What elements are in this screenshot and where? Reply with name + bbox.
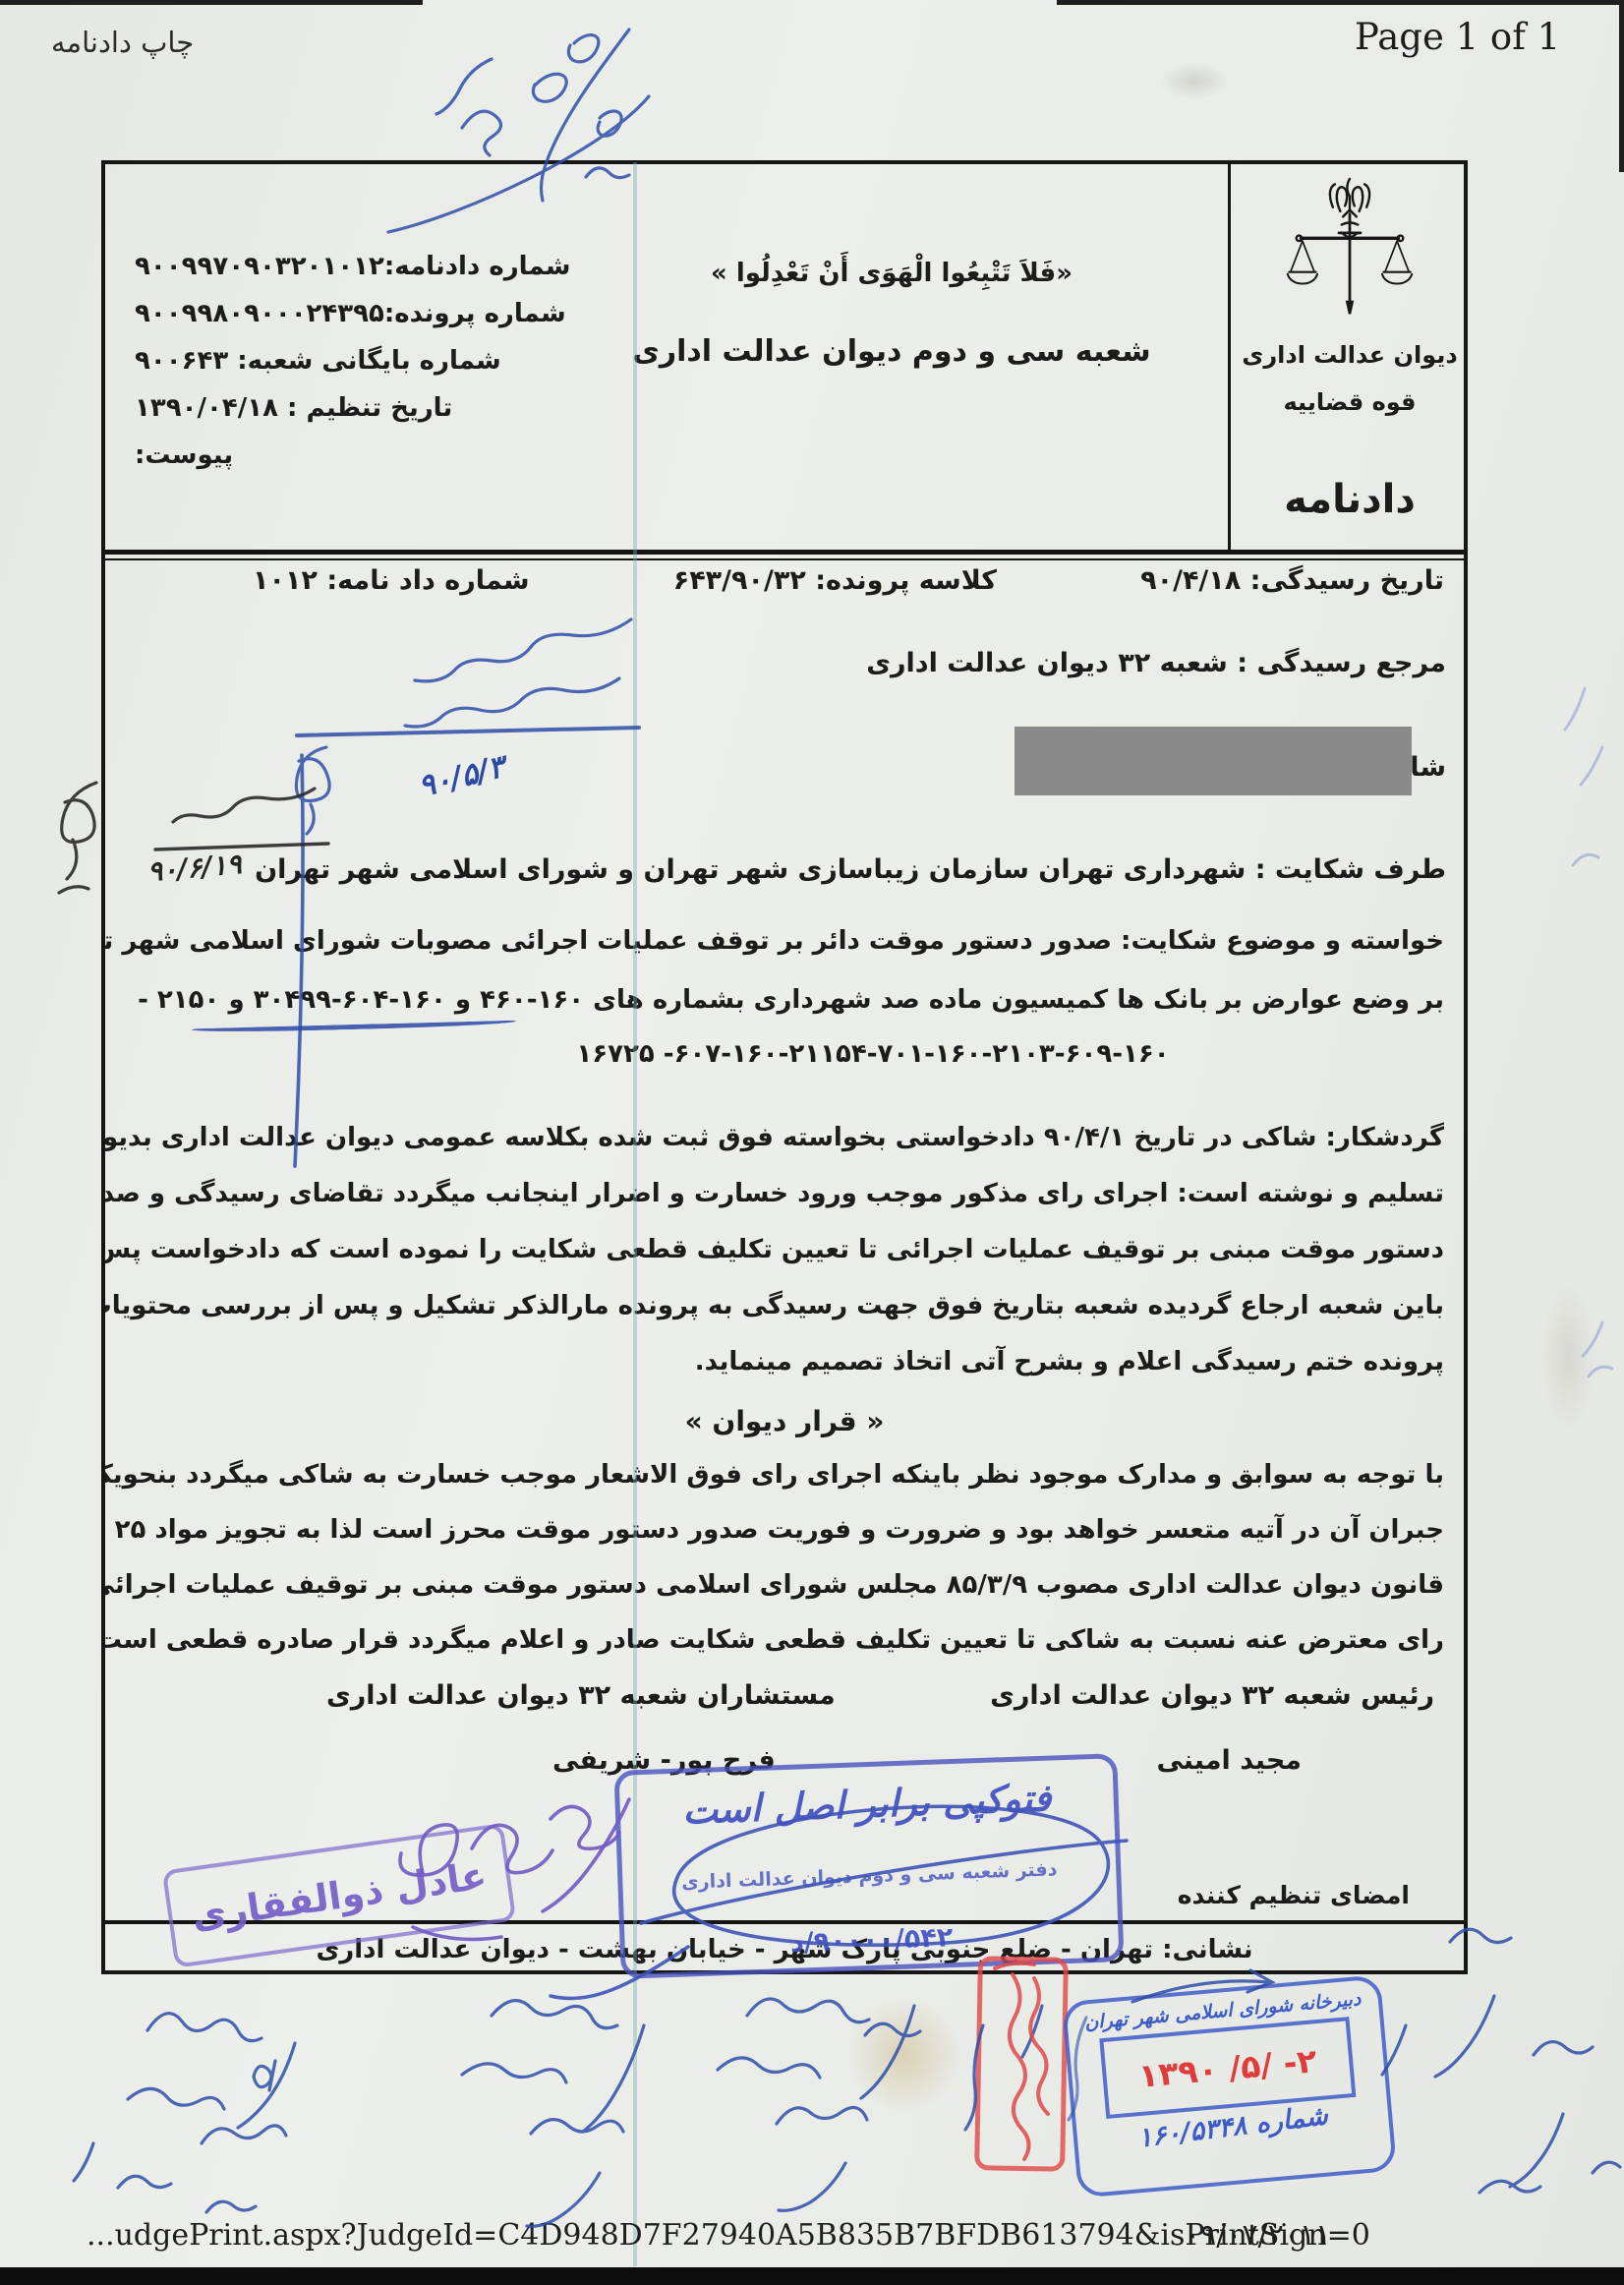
- header-reference-fields: شماره دادنامه:۹۰۰۹۹۷۰۹۰۳۲۰۱۰۱۲ شماره پرو…: [135, 243, 634, 479]
- field-value: ۹۰۰۹۹۷۰۹۰۳۲۰۱۰۱۲: [135, 252, 384, 281]
- field-judgment-number: شماره دادنامه:۹۰۰۹۹۷۰۹۰۳۲۰۱۰۱۲: [135, 243, 634, 290]
- page-indicator: Page 1 of 1: [1355, 16, 1560, 58]
- url-date: ۰۹/۰۷/۲۰۱۱: [1185, 2218, 1331, 2253]
- council-secretariat-stamp: دبیرخانه شورای اسلامی شهر تهران ۱۳۹۰ /۵/…: [1062, 1974, 1397, 2198]
- copy-stamp-number: ۹۰۰۰۰/۵۴۲/د: [789, 1922, 953, 1959]
- branch-title: شعبه سی و دوم دیوان عدالت اداری: [616, 334, 1167, 369]
- header-body-divider: [105, 550, 1464, 560]
- judgment-number: شماره داد نامه: ۱۰۱۲: [253, 565, 530, 596]
- handwritten-underline: [192, 1018, 516, 1034]
- ruling-line: رای معترض عنه نسبت به شاکی تا تعیین تکلی…: [125, 1625, 1444, 1655]
- justice-scales-icon: [1266, 172, 1433, 327]
- scan-edge-top-left: [0, 0, 423, 5]
- org-title: دیوان عدالت اداری: [1231, 341, 1468, 369]
- proceedings-line: تسلیم و نوشته است: اجرای رای مذکور موجب …: [125, 1179, 1444, 1208]
- print-footer-row: ...udgePrint.aspx?JudgeId=C4D948D7F27940…: [0, 2218, 1624, 2261]
- council-stamp-date: ۱۳۹۰ /۵/ -۲: [1137, 2041, 1318, 2095]
- president-title: رئیس شعبه ۳۲ دیوان عدالت اداری: [990, 1680, 1434, 1711]
- scan-edge-top-right: [1057, 0, 1624, 5]
- ruling-line: قانون دیوان عدالت اداری مصوب ۸۵/۳/۹ مجلس…: [125, 1570, 1444, 1600]
- president-name: مجید امینی: [1156, 1745, 1302, 1776]
- red-registry-stamp: [974, 1956, 1069, 2172]
- judgment-document-frame: شماره دادنامه:۹۰۰۹۹۷۰۹۰۳۲۰۱۰۱۲ شماره پرو…: [101, 160, 1468, 1974]
- print-judgment-link[interactable]: چاپ دادنامه: [51, 26, 194, 59]
- field-value: ۹۰۰۹۹۸۰۹۰۰۰۲۴۳۹۵: [135, 299, 384, 328]
- case-meta-row: تاریخ رسیدگی: ۹۰/۴/۱۸ کلاسه پرونده: ۶۴۳/…: [105, 565, 1464, 596]
- field-label: شماره پرونده:: [384, 299, 566, 328]
- field-label: پیوست:: [135, 440, 233, 470]
- field-attachment: پیوست:: [135, 432, 634, 479]
- signer-label: امضای تنظیم کننده: [1178, 1881, 1410, 1909]
- field-case-number: شماره پرونده:۹۰۰۹۹۸۰۹۰۰۰۲۴۳۹۵: [135, 290, 634, 337]
- ruling-line: جبران آن در آتیه متعسر خواهد بود و ضرورت…: [125, 1515, 1444, 1545]
- proceedings-line: پرونده ختم رسیدگی اعلام و بشرح آتی اتخاذ…: [125, 1347, 1444, 1377]
- ruling-line: با توجه به سوابق و مدارک موجود نظر باینک…: [125, 1460, 1444, 1490]
- quran-verse: «فَلاَ تَتْبِعُوا الْهَوَى أَنْ تَعْدِلُ…: [616, 259, 1167, 288]
- subject-line: بر وضع عوارض بر بانک ها کمیسیون ماده صد …: [125, 985, 1444, 1015]
- field-value: ۱۳۹۰/۰۴/۱۸: [135, 393, 278, 423]
- field-label: شماره دادنامه:: [384, 252, 571, 281]
- redaction-box: [1015, 727, 1412, 795]
- proceedings-line: گردشکار: شاکی در تاریخ ۹۰/۴/۱ دادخواستی …: [125, 1123, 1444, 1152]
- url-line: ...udgePrint.aspx?JudgeId=C4D948D7F27940…: [87, 2218, 1370, 2253]
- advisors-title: مستشاران شعبه ۳۲ دیوان عدالت اداری: [326, 1680, 836, 1711]
- copy-stamp-office: دفتر شعبه سی و دوم دیوان عدالت اداری: [681, 1858, 1058, 1893]
- scan-edge-right: [1619, 0, 1624, 172]
- hearing-date: تاریخ رسیدگی: ۹۰/۴/۱۸: [1140, 565, 1444, 596]
- field-label: شماره بایگانی شعبه:: [228, 346, 501, 376]
- scanned-judgment-page: چاپ دادنامه Page 1 of 1 شماره دادنامه:۹۰…: [0, 0, 1624, 2285]
- field-label: تاریخ تنظیم :: [278, 393, 452, 423]
- subject-line: ۶۰۷-۱۶۰-۲۱۱۵۴-۷۰۱-۱۶۰-۲۱۰۳-۶۰۹-۱۶۰- ۱۶۷۲…: [125, 1039, 1444, 1069]
- org-subtitle: قوه قضاییه: [1231, 388, 1468, 416]
- copy-stamp-text: فتوکپی برابر اصل است: [682, 1777, 1052, 1833]
- defendant-line: طرف شکایت : شهرداری تهران سازمان زیباساز…: [255, 854, 1446, 885]
- proceedings-line: باین شعبه ارجاع گردیده شعبه بتاریخ فوق ج…: [125, 1291, 1444, 1320]
- subject-line: خواسته و موضوع شکایت: صدور دستور موقت دا…: [125, 926, 1444, 956]
- case-class: کلاسه پرونده: ۶۴۳/۹۰/۳۲: [673, 565, 997, 596]
- doc-type-title: دادنامه: [1231, 477, 1468, 522]
- proceedings-line: دستور موقت مبنی بر توقیف عملیات اجرائی ت…: [125, 1235, 1444, 1264]
- field-archive-number: شماره بایگانی شعبه: ۹۰۰۶۴۳: [135, 337, 634, 384]
- paper-stain: [826, 1976, 983, 2134]
- ruling-title: « قرار دیوان »: [105, 1405, 1464, 1437]
- paper-stain: [1145, 54, 1244, 108]
- certified-copy-stamp: فتوکپی برابر اصل است دفتر شعبه سی و دوم …: [613, 1753, 1124, 1979]
- field-issue-date: تاریخ تنظیم : ۱۳۹۰/۰۴/۱۸: [135, 384, 634, 432]
- field-value: ۹۰۰۶۴۳: [135, 346, 228, 376]
- scan-bottom-strip: [0, 2267, 1624, 2285]
- hearing-authority: مرجع رسیدگی : شعبه ۳۲ دیوان عدالت اداری: [866, 648, 1446, 678]
- paper-stain: [1529, 1249, 1607, 1465]
